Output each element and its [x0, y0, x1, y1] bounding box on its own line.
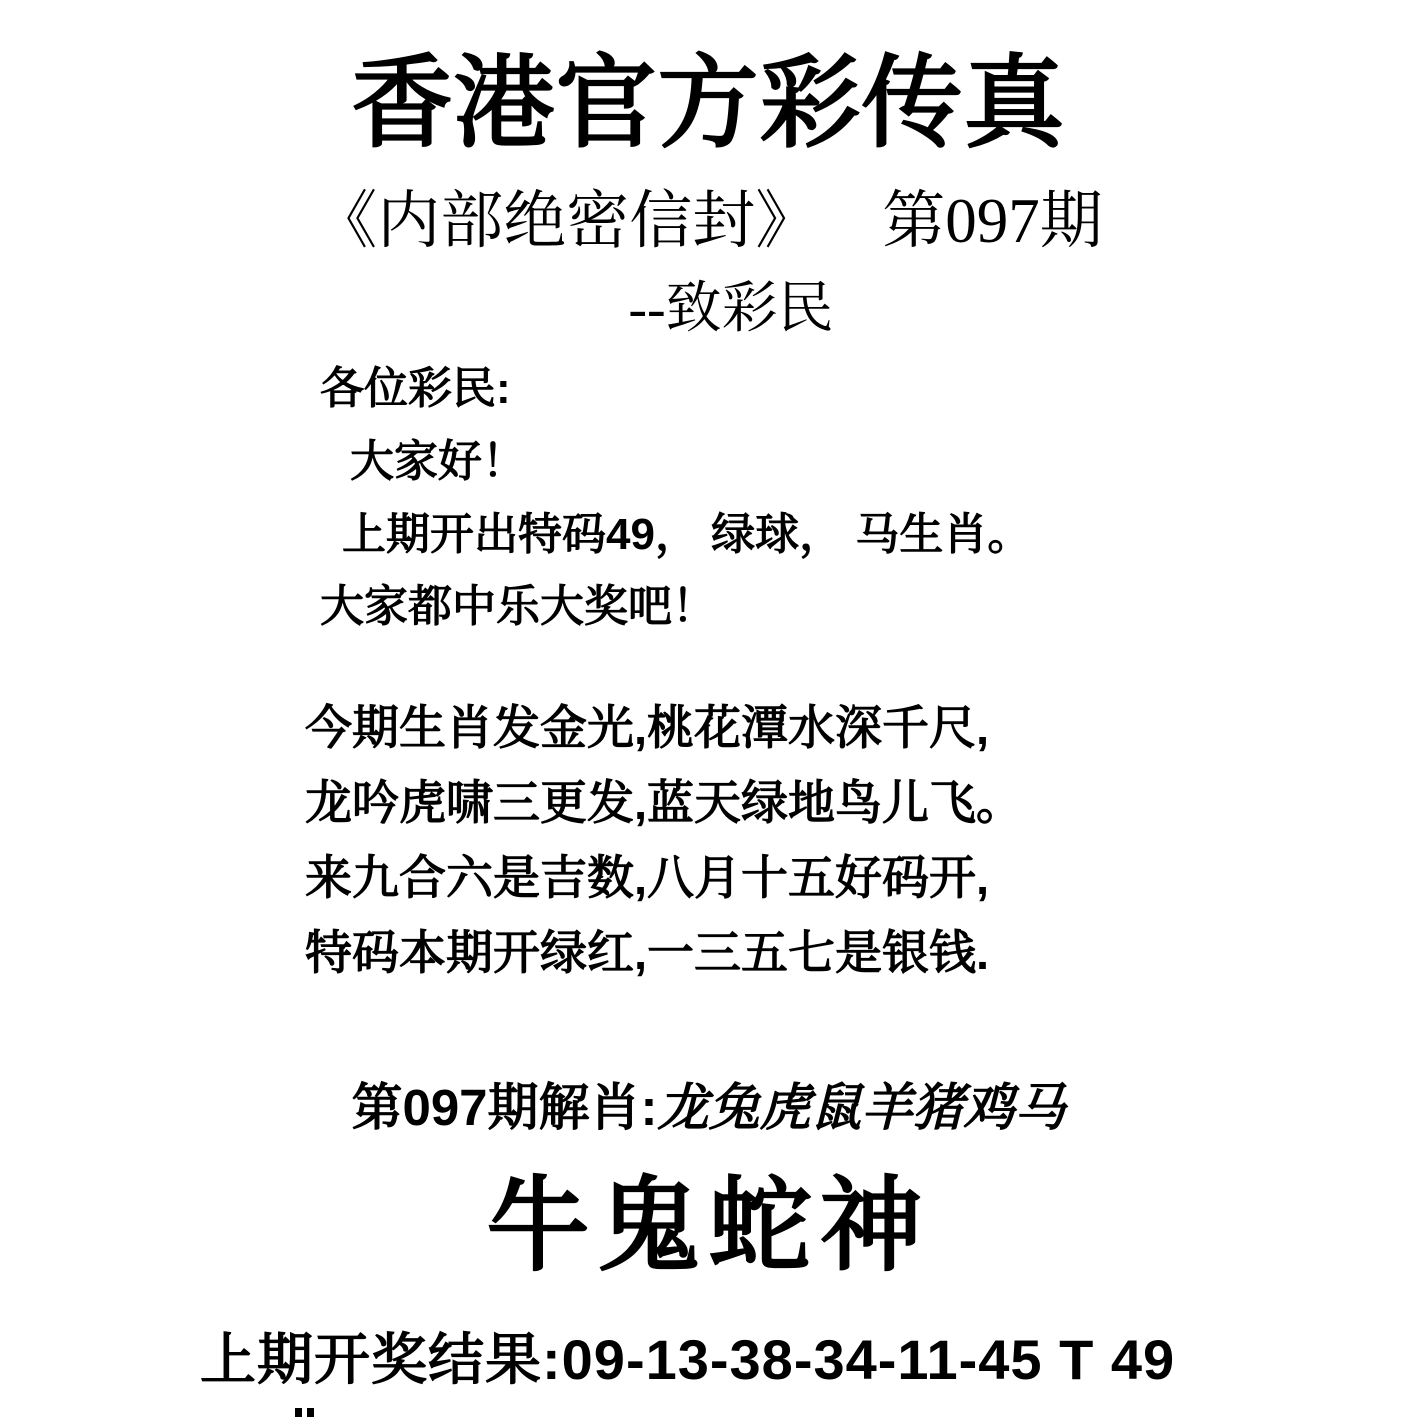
poem-line: 来九合六是吉数,八月十五好码开,: [305, 840, 1023, 915]
clipped-character: [307, 1408, 314, 1417]
poem-line: 龙吟虎啸三更发,蓝天绿地鸟儿飞。: [305, 765, 1023, 840]
greeting-line-previous-draw: 上期开出特码49， 绿球， 马生肖。: [342, 498, 1031, 562]
zodiac-interpretation-label: 第097期解肖:: [351, 1079, 657, 1136]
zodiac-interpretation-line: 第097期解肖:龙兔虎鼠羊猪鸡马: [0, 1066, 1417, 1140]
greeting-line: 大家都中乐大奖吧！: [320, 570, 716, 634]
dedication-line: --致彩民: [0, 264, 1417, 344]
page-title: 香港官方彩传真: [0, 22, 1417, 167]
headline-word: 牛鬼蛇神: [0, 1143, 1417, 1291]
subtitle: 《内部绝密信封》 第097期: [0, 170, 1417, 261]
poem-block: 今期生肖发金光,桃花潭水深千尺, 龙吟虎啸三更发,蓝天绿地鸟儿飞。 来九合六是吉…: [305, 690, 1023, 990]
clipped-character: [295, 1408, 302, 1417]
subtitle-envelope: 《内部绝密信封》: [314, 170, 818, 261]
greeting-line: 大家好！: [350, 425, 526, 489]
poem-line: 今期生肖发金光,桃花潭水深千尺,: [305, 690, 1023, 765]
zodiac-list: 龙兔虎鼠羊猪鸡马: [658, 1079, 1066, 1136]
poem-line: 特码本期开绿红,一三五七是银钱.: [305, 915, 1023, 990]
salutation: 各位彩民:: [320, 352, 511, 416]
subtitle-issue-number: 第097期: [882, 170, 1103, 261]
previous-draw-result: 上期开奖结果:09-13-38-34-11-45 T 49: [200, 1316, 1175, 1396]
